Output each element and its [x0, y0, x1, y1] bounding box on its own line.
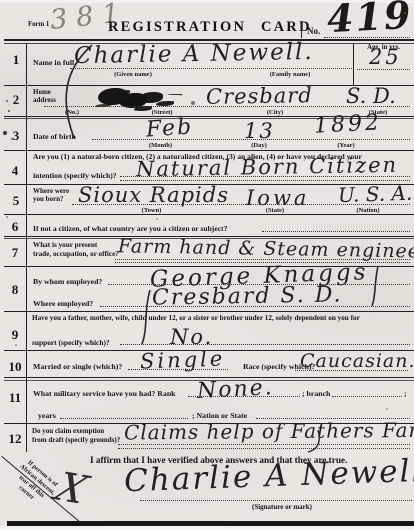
day-caption: (Day) — [238, 142, 280, 149]
dependents-question-line1: Have you a father, mother, wife, child u… — [32, 314, 360, 322]
by-whom-label: By whom employed? — [33, 277, 102, 286]
dob-year-answer: 1892 — [313, 110, 382, 139]
age-answer: 25 — [369, 45, 402, 69]
married-label: Married or single (which)? — [33, 362, 122, 371]
citizen-answer-line-b — [120, 180, 410, 181]
born-answer-line — [72, 204, 410, 205]
born-label-1: Where were — [33, 187, 69, 195]
name-answer-line — [70, 68, 352, 69]
row3-rule — [4, 150, 414, 151]
trade-label-2: trade, occupation, or office? — [33, 250, 119, 258]
row12-number: 12 — [4, 431, 26, 447]
scan-specks — [6, 100, 8, 102]
home-answer-line — [44, 106, 410, 107]
dependents-question-line2: support (specify which)? — [32, 338, 110, 347]
year-caption: (Year) — [323, 142, 369, 149]
name-label: Name in full — [33, 58, 74, 67]
where-employed-label: Where employed? — [33, 299, 93, 308]
dependents-answer-line — [120, 344, 410, 345]
registration-number: 419 — [326, 0, 414, 41]
x-mark: X — [49, 465, 93, 514]
town-caption: (Town) — [124, 207, 179, 214]
row7-number: 7 — [6, 245, 24, 261]
not-citizen-question: If not a citizen, of what country are yo… — [33, 224, 227, 233]
exemption-label-1: Do you claim exemption — [32, 427, 104, 435]
row5-rule — [4, 214, 414, 215]
dependents-answer: No. — [170, 325, 213, 349]
home-address-label-1: Home — [33, 88, 51, 96]
dob-label: Date of birth — [33, 132, 76, 141]
card-bottom-edge — [7, 521, 414, 526]
years-label: years — [38, 411, 56, 420]
row8-number: 8 — [6, 282, 24, 298]
row5-number: 5 — [7, 193, 25, 209]
no-box-tick — [301, 21, 302, 38]
page-title: REGISTRATION CARD — [108, 19, 302, 36]
number-column-rule — [26, 43, 27, 452]
exemption-answer-line-b — [118, 448, 410, 449]
age-box-rule — [353, 43, 354, 85]
row9-number: 9 — [6, 327, 24, 343]
no-label: No. — [307, 26, 320, 36]
state-caption-2: (State) — [250, 207, 300, 214]
branch-semicolon: ; — [404, 389, 407, 398]
not-citizen-answer-line — [262, 231, 410, 232]
given-name-caption: (Given name) — [98, 71, 168, 78]
family-name-caption: (Family name) — [252, 71, 328, 78]
home-address-label-2: address — [33, 96, 56, 104]
registration-card: Form 1 381 REGISTRATION CARD No. 419 1 N… — [0, 0, 414, 530]
years-answer-line — [60, 418, 188, 419]
born-label-2: you born? — [33, 195, 64, 203]
citizen-question-line2: intention (specify which)? — [33, 171, 117, 180]
rank-answer-line — [188, 396, 300, 397]
exemption-label-2: from draft (specify grounds)? — [32, 436, 120, 444]
row8-rule — [4, 311, 414, 312]
citizen-answer-line-a — [120, 176, 410, 177]
row6-number: 6 — [6, 219, 24, 235]
month-caption: (Month) — [133, 142, 188, 149]
row11-number: 11 — [4, 390, 26, 406]
race-answer-line — [295, 370, 408, 371]
home-state-answer: S. D. — [346, 84, 396, 108]
dob-answer-line — [92, 139, 410, 140]
branch-label: ; branch — [302, 389, 330, 398]
row3-number: 3 — [7, 128, 25, 144]
name-answer: Charlie A Newell. — [74, 39, 314, 69]
ink-blot — [98, 88, 128, 105]
exemption-answer: Claims help of Fathers Family — [124, 418, 414, 445]
nation-caption: (Nation) — [340, 207, 396, 214]
age-answer-line — [357, 69, 410, 70]
branch-answer-line — [332, 396, 402, 397]
married-answer-line — [128, 369, 228, 370]
exemption-answer-line-a — [118, 444, 410, 445]
row4-number: 4 — [6, 163, 24, 179]
signature-line — [140, 500, 412, 501]
row10-number: 10 — [4, 359, 26, 375]
trade-label-1: What is your present — [33, 241, 97, 249]
form-label: Form 1 — [28, 21, 49, 28]
paper-bottom-edge — [0, 526, 414, 530]
where-employed-answer-line — [100, 306, 410, 307]
rank-answer: None. — [196, 375, 274, 404]
row2-number: 2 — [7, 92, 25, 108]
military-service-label: What military service have you had? Rank — [33, 389, 176, 398]
signature-caption: (Signature or mark) — [232, 503, 332, 511]
row1-number: 1 — [7, 52, 25, 68]
